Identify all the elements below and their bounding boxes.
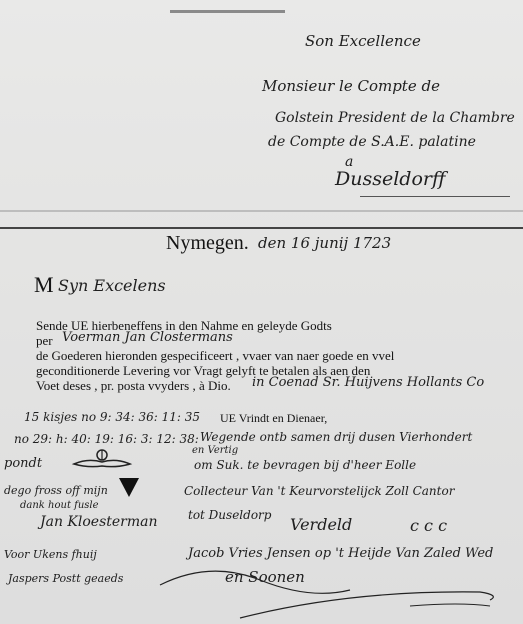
address-line-1: Son Excellence <box>305 32 421 50</box>
goods-line-3: pondt <box>4 456 42 471</box>
address-underline <box>360 196 510 197</box>
triangle-mark-icon <box>118 477 140 504</box>
closing-print: UE Vrindt en Dienaer, <box>220 411 327 426</box>
page-fold <box>0 210 523 212</box>
document-page: Son Excellence Monsieur le Compte de Gol… <box>0 0 523 624</box>
goods-line-4: dego fross off mijn <box>4 484 108 497</box>
notes-line-5: tot Duseldorp <box>188 508 271 522</box>
goods-line-8: Jaspers Postt geaeds <box>8 572 123 585</box>
notes-line-4: Collecteur Van 't Keurvorstelijck Zoll C… <box>184 484 454 498</box>
notes-line-6: Verdeld <box>290 515 352 534</box>
address-line-6: Dusseldorff <box>335 168 445 190</box>
body-line-5: Voet deses , pr. posta vvyders , à Dio. <box>36 378 231 394</box>
body-line-5-handwritten: in Coenad Sr. Huijvens Hollants Co <box>252 375 484 390</box>
notes-line-3: om Suk. te bevragen bij d'heer Eolle <box>194 458 416 472</box>
signature-flourish <box>150 540 520 620</box>
fold-mark-top <box>170 10 285 13</box>
goods-line-5: dank hout fusle <box>20 500 99 511</box>
address-line-4: de Compte de S.A.E. palatine <box>268 134 476 150</box>
notes-line-2: en Vertig <box>192 445 238 456</box>
address-line-3: Golstein President de la Chambre <box>275 110 515 126</box>
goods-line-6: Jan Kloesterman <box>40 514 158 530</box>
date-handwritten: den 16 junij 1723 <box>258 234 391 252</box>
notes-line-1: Wegende ontb samen drij dusen Vierhonder… <box>200 430 472 444</box>
goods-line-1: 15 kisjes no 9: 34: 36: 11: 35 <box>24 410 200 424</box>
salutation-handwritten: Syn Excelens <box>58 276 166 295</box>
header-rule <box>0 227 523 229</box>
carrier-handwritten: Voerman Jan Clostermans <box>62 330 233 345</box>
salutation-initial: M <box>34 272 54 298</box>
per-label: per <box>36 333 53 349</box>
place-heading: Nymegen. <box>166 232 249 255</box>
body-line-3: de Goederen hieronden gespecificeert , v… <box>36 348 394 364</box>
crown-mark-icon <box>70 448 134 477</box>
goods-line-2: no 29: h: 40: 19: 16: 3: 12: 38: <box>14 432 199 446</box>
goods-line-7: Voor Ukens fhuij <box>4 548 97 561</box>
decorative-loops: 𝑐 𝑐 𝑐 <box>410 516 447 535</box>
address-line-2: Monsieur le Compte de <box>262 77 440 95</box>
